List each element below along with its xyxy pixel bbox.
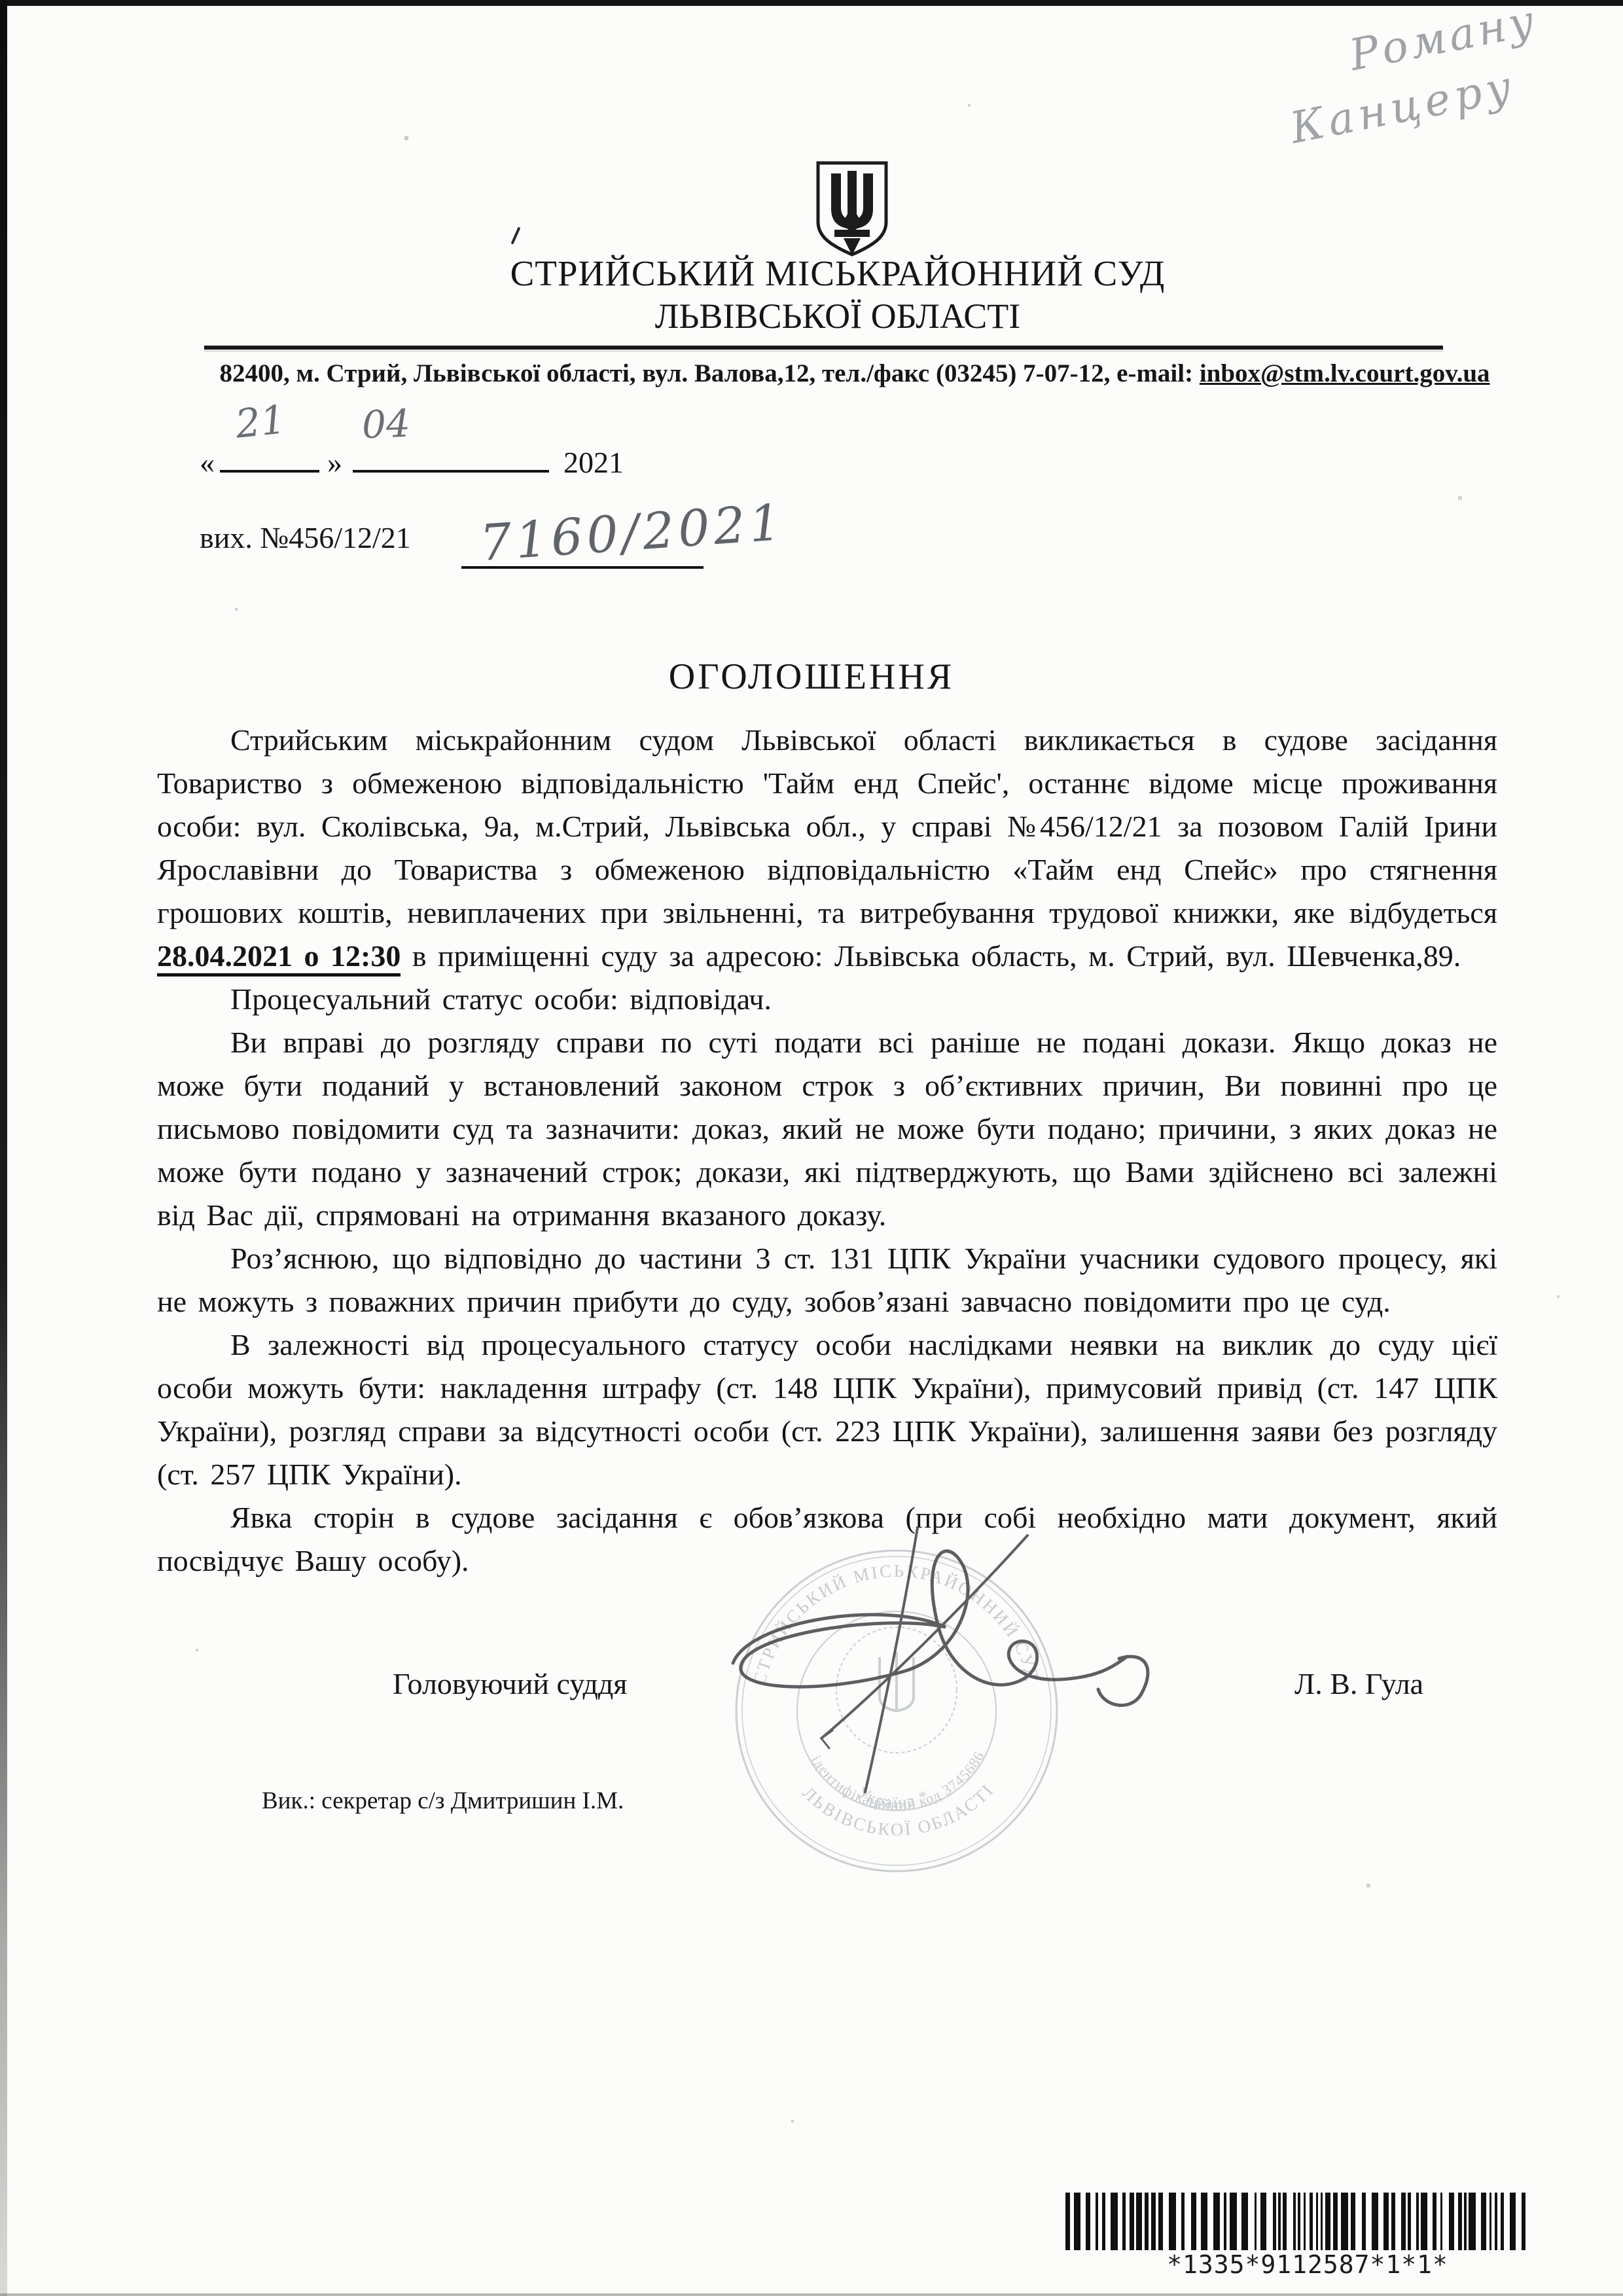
court-address-text: 82400, м. Стрий, Львівської області, вул… <box>219 359 1199 387</box>
judge-signature <box>687 1522 1185 1804</box>
date-month-blank: 04 <box>353 440 549 473</box>
court-email: inbox@stm.lv.court.gov.ua <box>1200 359 1490 387</box>
handwritten-month: 04 <box>361 401 411 448</box>
ukraine-trident-emblem <box>813 159 891 257</box>
header-rule <box>204 346 1443 350</box>
date-line: «21»042021 <box>200 440 624 480</box>
handwritten-ref-number: 7160/2021 <box>478 493 787 572</box>
date-year: 2021 <box>563 446 624 479</box>
paragraph-status: Процесуальний статус особи: відповідач. <box>157 978 1497 1021</box>
executor-line: Вик.: секретар с/з Дмитришин І.М. <box>262 1787 624 1815</box>
court-name-line2: ЛЬВІВСЬКОЇ ОБЛАСТІ <box>52 296 1623 336</box>
barcode: *1335*9112587*1*1* <box>1065 2193 1550 2279</box>
judge-name: Л. В. Гула <box>1294 1666 1423 1701</box>
scanned-court-document: Роману Канцеру СТРИЙСЬКИЙ МІСЬКРАЙОННИЙ … <box>0 0 1623 2296</box>
hearing-datetime: 28.04.2021 о 12:30 <box>157 939 401 977</box>
scan-edge-top <box>0 0 1623 6</box>
document-title: ОГОЛОШЕННЯ <box>0 656 1623 698</box>
barcode-text: *1335*9112587*1*1* <box>1065 2250 1550 2279</box>
paragraph-art131: Роз’яснюю, що відповідно до частини 3 ст… <box>157 1237 1497 1323</box>
paragraph-evidence: Ви вправі до розгляду справи по суті под… <box>157 1021 1497 1237</box>
ref-underline <box>461 566 704 569</box>
handwritten-day: 21 <box>234 397 288 448</box>
scan-edge-left <box>0 0 7 2296</box>
outgoing-ref-label: вих. №456/12/21 <box>200 521 411 554</box>
document-body: Стрийським міськрайонним судом Львівсько… <box>157 719 1497 1583</box>
presiding-judge-label: Головуючий суддя <box>393 1666 627 1701</box>
quote-open: « <box>200 446 215 479</box>
paragraph-summons: Стрийським міськрайонним судом Львівсько… <box>157 719 1497 978</box>
outgoing-ref-line: вих. №456/12/21 7160/2021 <box>200 520 411 555</box>
quote-close: » <box>327 446 342 479</box>
scan-edge-bottom <box>0 2293 1623 2296</box>
date-day-blank: 21 <box>220 440 319 473</box>
summons-text-before: Стрийським міськрайонним судом Львівсько… <box>157 723 1497 929</box>
barcode-bars <box>1065 2193 1550 2250</box>
summons-text-after: в приміщенні суду за адресою: Львівська … <box>401 939 1461 973</box>
court-address-line: 82400, м. Стрий, Львівської області, вул… <box>85 359 1623 388</box>
court-name-line1: СТРИЙСЬКИЙ МІСЬКРАЙОННИЙ СУД <box>52 253 1623 294</box>
scan-noise <box>0 0 1 1</box>
paragraph-consequences: В залежності від процесуального статусу … <box>157 1323 1497 1496</box>
handwritten-corner-note: Роману Канцеру <box>1268 0 1586 160</box>
stray-pen-mark <box>510 226 520 244</box>
